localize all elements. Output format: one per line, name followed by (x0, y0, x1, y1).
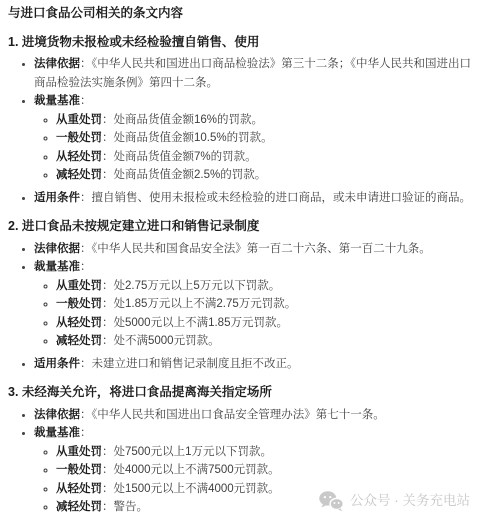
penalty-label: 从重处罚 (56, 114, 102, 126)
penalty-text: 处商品货值金额16%的罚款。 (114, 114, 264, 126)
condition-item: 适用条件：擅自销售、使用未报检或未经检验的进口商品，或未申请进口验证的商品。 (34, 189, 480, 208)
colon: ： (80, 261, 92, 273)
article-page: { "page": { "title": "与进口食品公司相关的条文内容", "… (0, 0, 488, 520)
penalty-text: 处4000元以上不满7500元罚款。 (114, 464, 280, 476)
legal-basis-label: 法律依据 (34, 58, 80, 70)
colon: ： (80, 58, 92, 70)
penalty-item: 减轻处罚：处不满5000元罚款。 (56, 332, 480, 351)
colon: ： (102, 464, 114, 476)
colon: ： (102, 446, 114, 458)
discretion-item: 裁量基准： 从重处罚：处商品货值金额16%的罚款。 一般处罚：处商品货值金额10… (34, 92, 480, 185)
penalty-item: 从重处罚：处商品货值金额16%的罚款。 (56, 111, 480, 130)
discretion-label: 裁量基准 (34, 427, 80, 439)
wechat-icon (318, 490, 344, 512)
penalty-label: 从重处罚 (56, 280, 102, 292)
penalty-list: 从重处罚：处2.75万元以上5万元以下罚款。 一般处罚：处1.85万元以上不满2… (34, 277, 480, 351)
doc-title: 与进口食品公司相关的条文内容 (8, 4, 480, 23)
penalty-item: 从轻处罚：处5000元以上不满1.85万元罚款。 (56, 314, 480, 333)
penalty-label: 从轻处罚 (56, 483, 102, 495)
colon: ： (102, 317, 114, 329)
condition-label: 适用条件 (34, 358, 80, 370)
watermark: 公众号 · 关务充电站 (318, 490, 470, 512)
legal-basis-item: 法律依据：《中华人民共和国进出口食品安全管理办法》第七十一条。 (34, 406, 480, 425)
penalty-text: 处商品货值金额2.5%的罚款。 (114, 169, 267, 181)
section-2-heading: 2. 进口食品未按规定建立进口和销售记录制度 (8, 217, 480, 236)
colon: ： (102, 280, 114, 292)
penalty-text: 处商品货值金额7%的罚款。 (114, 151, 257, 163)
colon: ： (80, 243, 92, 255)
legal-basis-item: 法律依据：《中华人民共和国食品安全法》第一百二十六条、第一百二十九条。 (34, 240, 480, 259)
colon: ： (102, 151, 114, 163)
discretion-label: 裁量基准 (34, 261, 80, 273)
colon: ： (102, 335, 114, 347)
condition-text: 未建立进口和销售记录制度且拒不改正。 (92, 358, 299, 370)
legal-basis-text: 《中华人民共和国进出口食品安全管理办法》第七十一条。 (92, 409, 385, 421)
penalty-text: 警告。 (114, 501, 149, 513)
section-2: 2. 进口食品未按规定建立进口和销售记录制度 法律依据：《中华人民共和国食品安全… (8, 217, 480, 373)
watermark-text: 公众号 · 关务充电站 (350, 491, 470, 511)
penalty-label: 一般处罚 (56, 464, 102, 476)
penalty-item: 从重处罚：处7500元以上1万元以下罚款。 (56, 443, 480, 462)
penalty-item: 一般处罚：处4000元以上不满7500元罚款。 (56, 461, 480, 480)
colon: ： (80, 192, 92, 204)
section-3-heading: 3. 未经海关允许，将进口食品提离海关指定场所 (8, 383, 480, 402)
penalty-label: 减轻处罚 (56, 169, 102, 181)
penalty-text: 处2.75万元以上5万元以下罚款。 (114, 280, 281, 292)
penalty-label: 一般处罚 (56, 298, 102, 310)
colon: ： (102, 483, 114, 495)
penalty-label: 从轻处罚 (56, 317, 102, 329)
colon: ： (80, 358, 92, 370)
colon: ： (80, 95, 92, 107)
condition-text: 擅自销售、使用未报检或未经检验的进口商品，或未申请进口验证的商品。 (92, 192, 472, 204)
penalty-text: 处7500元以上1万元以下罚款。 (114, 446, 272, 458)
legal-basis-text: 《中华人民共和国进出口商品检验法》第三十二条；《中华人民共和国进出口商品检验法实… (34, 58, 471, 89)
colon: ： (80, 409, 92, 421)
condition-item: 适用条件：未建立进口和销售记录制度且拒不改正。 (34, 355, 480, 374)
legal-basis-label: 法律依据 (34, 243, 80, 255)
penalty-item: 一般处罚：处1.85万元以上不满2.75万元罚款。 (56, 295, 480, 314)
discretion-item: 裁量基准： 从重处罚：处2.75万元以上5万元以下罚款。 一般处罚：处1.85万… (34, 258, 480, 351)
colon: ： (102, 298, 114, 310)
penalty-label: 从轻处罚 (56, 151, 102, 163)
penalty-label: 减轻处罚 (56, 335, 102, 347)
penalty-list: 从重处罚：处商品货值金额16%的罚款。 一般处罚：处商品货值金额10.5%的罚款… (34, 111, 480, 185)
condition-label: 适用条件 (34, 192, 80, 204)
colon: ： (102, 501, 114, 513)
colon: ： (80, 427, 92, 439)
penalty-item: 从轻处罚：处商品货值金额7%的罚款。 (56, 148, 480, 167)
penalty-item: 减轻处罚：处商品货值金额2.5%的罚款。 (56, 166, 480, 185)
legal-basis-text: 《中华人民共和国食品安全法》第一百二十六条、第一百二十九条。 (92, 243, 431, 255)
penalty-text: 处商品货值金额10.5%的罚款。 (114, 132, 273, 144)
section-1: 1. 进境货物未报检或未经检验擅自销售、使用 法律依据：《中华人民共和国进出口商… (8, 33, 480, 208)
section-1-heading: 1. 进境货物未报检或未经检验擅自销售、使用 (8, 33, 480, 52)
penalty-label: 一般处罚 (56, 132, 102, 144)
colon: ： (102, 169, 114, 181)
legal-basis-item: 法律依据：《中华人民共和国进出口商品检验法》第三十二条；《中华人民共和国进出口商… (34, 55, 480, 92)
discretion-label: 裁量基准 (34, 95, 80, 107)
penalty-label: 减轻处罚 (56, 501, 102, 513)
section-1-list: 法律依据：《中华人民共和国进出口商品检验法》第三十二条；《中华人民共和国进出口商… (8, 55, 480, 207)
section-2-list: 法律依据：《中华人民共和国食品安全法》第一百二十六条、第一百二十九条。 裁量基准… (8, 240, 480, 374)
penalty-item: 一般处罚：处商品货值金额10.5%的罚款。 (56, 129, 480, 148)
penalty-text: 处1.85万元以上不满2.75万元罚款。 (114, 298, 297, 310)
colon: ： (102, 114, 114, 126)
penalty-item: 从重处罚：处2.75万元以上5万元以下罚款。 (56, 277, 480, 296)
penalty-text: 处5000元以上不满1.85万元罚款。 (114, 317, 288, 329)
legal-basis-label: 法律依据 (34, 409, 80, 421)
penalty-label: 从重处罚 (56, 446, 102, 458)
colon: ： (102, 132, 114, 144)
penalty-text: 处不满5000元罚款。 (114, 335, 220, 347)
penalty-text: 处1500元以上不满4000元罚款。 (114, 483, 280, 495)
